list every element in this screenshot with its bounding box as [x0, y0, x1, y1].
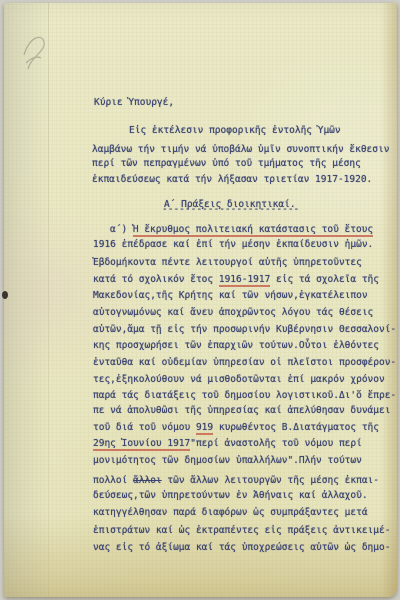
typed-line: Κύριε Ὑπουργέ, [94, 97, 174, 109]
red-underlined-text: 1916-1917 [219, 274, 270, 287]
typed-text-segment: αὐτῶν,ἅμα τῇ εἰς τήν προσωρινήν Κυβέρνησ… [93, 324, 396, 335]
typed-text-segment: τοῦ διά τοῦ νόμου [93, 422, 196, 433]
struck-text: ἄλλοι [133, 475, 162, 486]
typed-text-segment: ἐπιστράτων καί ὡς ἐκτραπέντες εἰς πράξει… [93, 525, 390, 536]
typed-text-segment: ἐνταῦθα καί οὐδεμίαν ὑπηρεσίαν οἱ πλεῖστ… [93, 357, 396, 368]
typed-line: αὐτογνωμόνως καί ἄνευ ἀποχρῶντος λόγου τ… [93, 307, 373, 319]
typed-text-segment: ἐκπαιδεύσεως κατά τήν λήξασαν τριετίαν 1… [92, 174, 372, 185]
typed-text-segment: κατηγγέλθησαν παρά διαφόρων ὡς συμπράξαν… [93, 507, 368, 518]
typed-text-segment: κυρωθέντος Β.Διατάγματος τῆς [213, 422, 379, 433]
typed-line: λαμβάνω τήν τιμήν νά ὑποβάλω ὑμῖν συνοπτ… [92, 144, 389, 156]
typed-line: περί τῶν πεπραγμένων ὑπό τοῦ τμήματος τῆ… [92, 158, 361, 170]
red-underlined-text: Ἡ ἔκρυθμος πολιτειακή κατάστασις τοῦ ἔτο… [133, 224, 373, 237]
typed-text-segment: Κύριε Ὑπουργέ, [94, 97, 174, 108]
typed-text-segment: τες,ἐξηκολούθουν νά μισθοδοτῶνται ἐπί μα… [93, 374, 385, 385]
typed-text-segment: μονιμότητος τῶν δημοσίων ὑπαλλήλων".Πλήν… [93, 455, 362, 466]
typed-line: ἐνταῦθα καί οὐδεμίαν ὑπηρεσίαν οἱ πλεῖστ… [93, 357, 396, 369]
typed-line: παρά τάς διατάξεις τοῦ δημοσίου λογιστικ… [93, 390, 396, 402]
typed-line: τες,ἐξηκολούθουν νά μισθοδοτῶνται ἐπί μα… [93, 374, 385, 386]
typed-line: δεύσεως,τῶν ὑπηρετούντων ἐν Ἀθήναις καί … [93, 490, 368, 502]
typed-line: αὐτῶν,ἅμα τῇ εἰς τήν προσωρινήν Κυβέρνησ… [93, 324, 396, 336]
typed-line: 29ης Ἰουνίου 1917"περί ἀναστολῆς τοῦ νόμ… [93, 438, 362, 450]
typed-text-segment: α΄) [110, 224, 133, 235]
typed-text-segment: τῶν ἄλλων λειτουργῶν τῆς μέσης ἐκπαι- [162, 475, 379, 486]
typed-text-segment: πε νά ἀπολυθῶσι τῆς ὑπηρεσίας καί ἀπελύθ… [93, 405, 390, 416]
typed-text-segment: ------------------------ [162, 204, 299, 215]
typed-line: πε νά ἀπολυθῶσι τῆς ὑπηρεσίας καί ἀπελύθ… [93, 405, 390, 417]
typed-text-segment: κης προσχωρήσει τῶν ἐπαρχιῶν τούτων.Οὗτο… [93, 340, 379, 351]
typed-text-segment: νας εἰς τό ἀξίωμα καί τάς ὑποχρεώσεις αὐ… [93, 542, 390, 553]
typed-line: Εἰς ἐκτέλεσιν προφορικῆς ἐντολῆς Ὑμῶν [129, 125, 341, 137]
scan-photo: { "colors": { "ink": "#3a4370", "red_und… [0, 0, 400, 600]
typed-text-segment: 1916 ἐπέδρασε καί ἐπί τήν μέσην ἐκπαίδευ… [93, 239, 373, 250]
red-underlined-text: 29ης Ἰουνίου 1917 [93, 438, 190, 451]
typed-text-segment: δεύσεως,τῶν ὑπηρετούντων ἐν Ἀθήναις καί … [93, 490, 368, 501]
typed-text-segment: Ἑβδομήκοντα πέντε λειτουργοί αὐτῆς ὑπηρε… [93, 257, 362, 268]
typed-line: ------------------------ [162, 204, 299, 216]
typed-line: Ἑβδομήκοντα πέντε λειτουργοί αὐτῆς ὑπηρε… [93, 257, 362, 269]
typed-line: κης προσχωρήσει τῶν ἐπαρχιῶν τούτων.Οὗτο… [93, 340, 379, 352]
typed-text-segment: κατά τό σχολικόν ἔτος [93, 274, 219, 285]
typed-line: Μακεδονίας,τῆς Κρήτης καί τῶν νήσων,ἐγκα… [93, 290, 368, 302]
typed-text-segment: πολλοί [93, 475, 133, 486]
typed-line: μονιμότητος τῶν δημοσίων ὑπαλλήλων".Πλήν… [93, 455, 362, 467]
typed-line: ἐπιστράτων καί ὡς ἐκτραπέντες εἰς πράξει… [93, 525, 390, 537]
typed-text-segment: περί τῶν πεπραγμένων ὑπό τοῦ τμήματος τῆ… [92, 158, 361, 169]
typed-line: κατά τό σχολικόν ἔτος 1916-1917 εἰς τά σ… [93, 274, 379, 286]
typed-line: κατηγγέλθησαν παρά διαφόρων ὡς συμπράξαν… [93, 507, 368, 519]
typed-line: α΄) Ἡ ἔκρυθμος πολιτειακή κατάστασις τοῦ… [110, 224, 373, 236]
document-page: Κύριε Ὑπουργέ,Εἰς ἐκτέλεσιν προφορικῆς ἐ… [4, 3, 397, 597]
typed-line: 1916 ἐπέδρασε καί ἐπί τήν μέσην ἐκπαίδευ… [93, 239, 373, 251]
typed-text-segment: Εἰς ἐκτέλεσιν προφορικῆς ἐντολῆς Ὑμῶν [129, 125, 341, 136]
typed-text-segment: παρά τάς διατάξεις τοῦ δημοσίου λογιστικ… [93, 390, 396, 401]
typed-text-segment: αὐτογνωμόνως καί ἄνευ ἀποχρῶντος λόγου τ… [93, 307, 373, 318]
red-underlined-text: 919 [196, 422, 213, 435]
typed-line: νας εἰς τό ἀξίωμα καί τάς ὑποχρεώσεις αὐ… [93, 542, 390, 554]
typed-line: πολλοί ἄλλοι τῶν ἄλλων λειτουργῶν τῆς μέ… [93, 475, 379, 487]
typed-text-segment: "περί ἀναστολῆς τοῦ νόμου περί [190, 438, 362, 449]
typed-line: τοῦ διά τοῦ νόμου 919 κυρωθέντος Β.Διατά… [93, 422, 379, 434]
typed-text-segment: εἰς τά σχολεῖα τῆς [270, 274, 379, 285]
typed-text-segment: Μακεδονίας,τῆς Κρήτης καί τῶν νήσων,ἐγκα… [93, 290, 368, 301]
typed-text-segment: λαμβάνω τήν τιμήν νά ὑποβάλω ὑμῖν συνοπτ… [92, 144, 389, 155]
typed-text-layer: Κύριε Ὑπουργέ,Εἰς ἐκτέλεσιν προφορικῆς ἐ… [4, 3, 397, 597]
typed-line: ἐκπαιδεύσεως κατά τήν λήξασαν τριετίαν 1… [92, 174, 372, 186]
